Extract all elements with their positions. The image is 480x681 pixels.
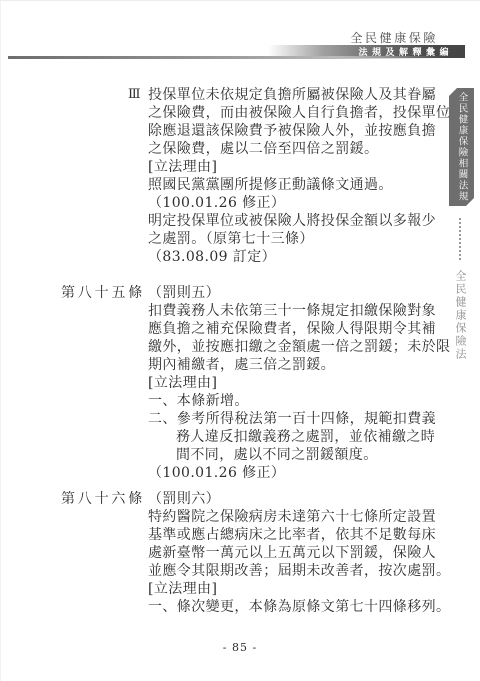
text-line: 二、參考所得稅法第一百十四條，規範扣費義	[148, 410, 450, 428]
text-line: 照國民黨黨團所提修正動議條文通過。	[148, 176, 450, 194]
text-line: 扣費義務人未依第三十一條規定扣繳保險對象	[148, 302, 450, 320]
text-line: 間不同，處以不同之罰鍰額度。	[148, 446, 450, 464]
text-line: 之處罰。（原第七十三條）	[148, 230, 450, 248]
section-tab-label: 全民健康保險相關法規	[455, 92, 469, 202]
law-name-vertical: 全民健康保險法	[452, 270, 468, 361]
section-item-3: Ⅲ 投保單位未依規定負擔所屬被保險人及其眷屬之保險費，而由被保險人自行負擔者，投…	[0, 86, 450, 266]
text-line: （罰則五）	[148, 284, 450, 302]
text-line: 基準或應占總病床之比率者，依其不足數每床	[148, 526, 450, 544]
text-line: 務人違反扣繳義務之處罰，並依補繳之時	[148, 428, 450, 446]
text-line: （100.01.26 修正）	[148, 194, 450, 212]
text-line: [立法理由]	[148, 374, 450, 392]
dotted-separator	[459, 218, 461, 260]
text-line: （83.08.09 訂定）	[148, 248, 450, 266]
text-line: 之保險費，處以二倍至四倍之罰鍰。	[148, 140, 450, 158]
text-line: 明定投保單位或被保險人將投保金額以多報少	[148, 212, 450, 230]
section-lines: （罰則五）扣費義務人未依第三十一條規定扣繳保險對象應負擔之補充保險費者，保險人得…	[148, 284, 450, 482]
text-line: 並應令其限期改善；屆期未改善者，按次處罰。	[148, 562, 450, 580]
text-line: 應負擔之補充保險費者，保險人得限期令其補	[148, 320, 450, 338]
section-lines: 投保單位未依規定負擔所屬被保險人及其眷屬之保險費，而由被保險人自行負擔者，投保單…	[148, 86, 450, 266]
text-line: 繳外，並按應扣繳之金額處一倍之罰鍰；未於限	[148, 338, 450, 356]
page-number: - 85 -	[0, 641, 480, 654]
text-line: 一、條次變更，本條為原條文第七十四條移列。	[148, 598, 450, 616]
header-divider-rule	[8, 56, 444, 59]
text-line: 之保險費，而由被保險人自行負擔者，投保單位	[148, 104, 450, 122]
text-line: [立法理由]	[148, 580, 450, 598]
item-numeral: Ⅲ	[128, 86, 141, 104]
text-line: （100.01.26 修正）	[148, 464, 450, 482]
text-line: [立法理由]	[148, 158, 450, 176]
text-line: 處新臺幣一萬元以上五萬元以下罰鍰，保險人	[148, 544, 450, 562]
book-title: 全民健康保險	[350, 29, 438, 46]
text-line: 特約醫院之保險病房未達第六十七條所定設置	[148, 508, 450, 526]
text-line: 一、本條新增。	[148, 392, 450, 410]
section-lines: （罰則六）特約醫院之保險病房未達第六十七條所定設置基準或應占總病床之比率者，依其…	[148, 490, 450, 616]
document-page: 全民健康保險 法規及解釋彙編 全民健康保險相關法規 全民健康保險法 Ⅲ 投保單位…	[0, 0, 480, 681]
text-line: 期內補繳者，處三倍之罰鍰。	[148, 356, 450, 374]
text-line: （罰則六）	[148, 490, 450, 508]
section-article-85: 第八十五條 （罰則五）扣費義務人未依第三十一條規定扣繳保險對象應負擔之補充保險費…	[0, 284, 450, 482]
section-article-86: 第八十六條 （罰則六）特約醫院之保險病房未達第六十七條所定設置基準或應占總病床之…	[0, 490, 450, 616]
text-line: 投保單位未依規定負擔所屬被保險人及其眷屬	[148, 86, 450, 104]
article-number: 第八十六條	[61, 490, 145, 508]
text-line: 除應退還該保險費予被保險人外，並按應負擔	[148, 122, 450, 140]
article-number: 第八十五條	[61, 284, 145, 302]
section-tab: 全民健康保險相關法規	[449, 88, 474, 206]
